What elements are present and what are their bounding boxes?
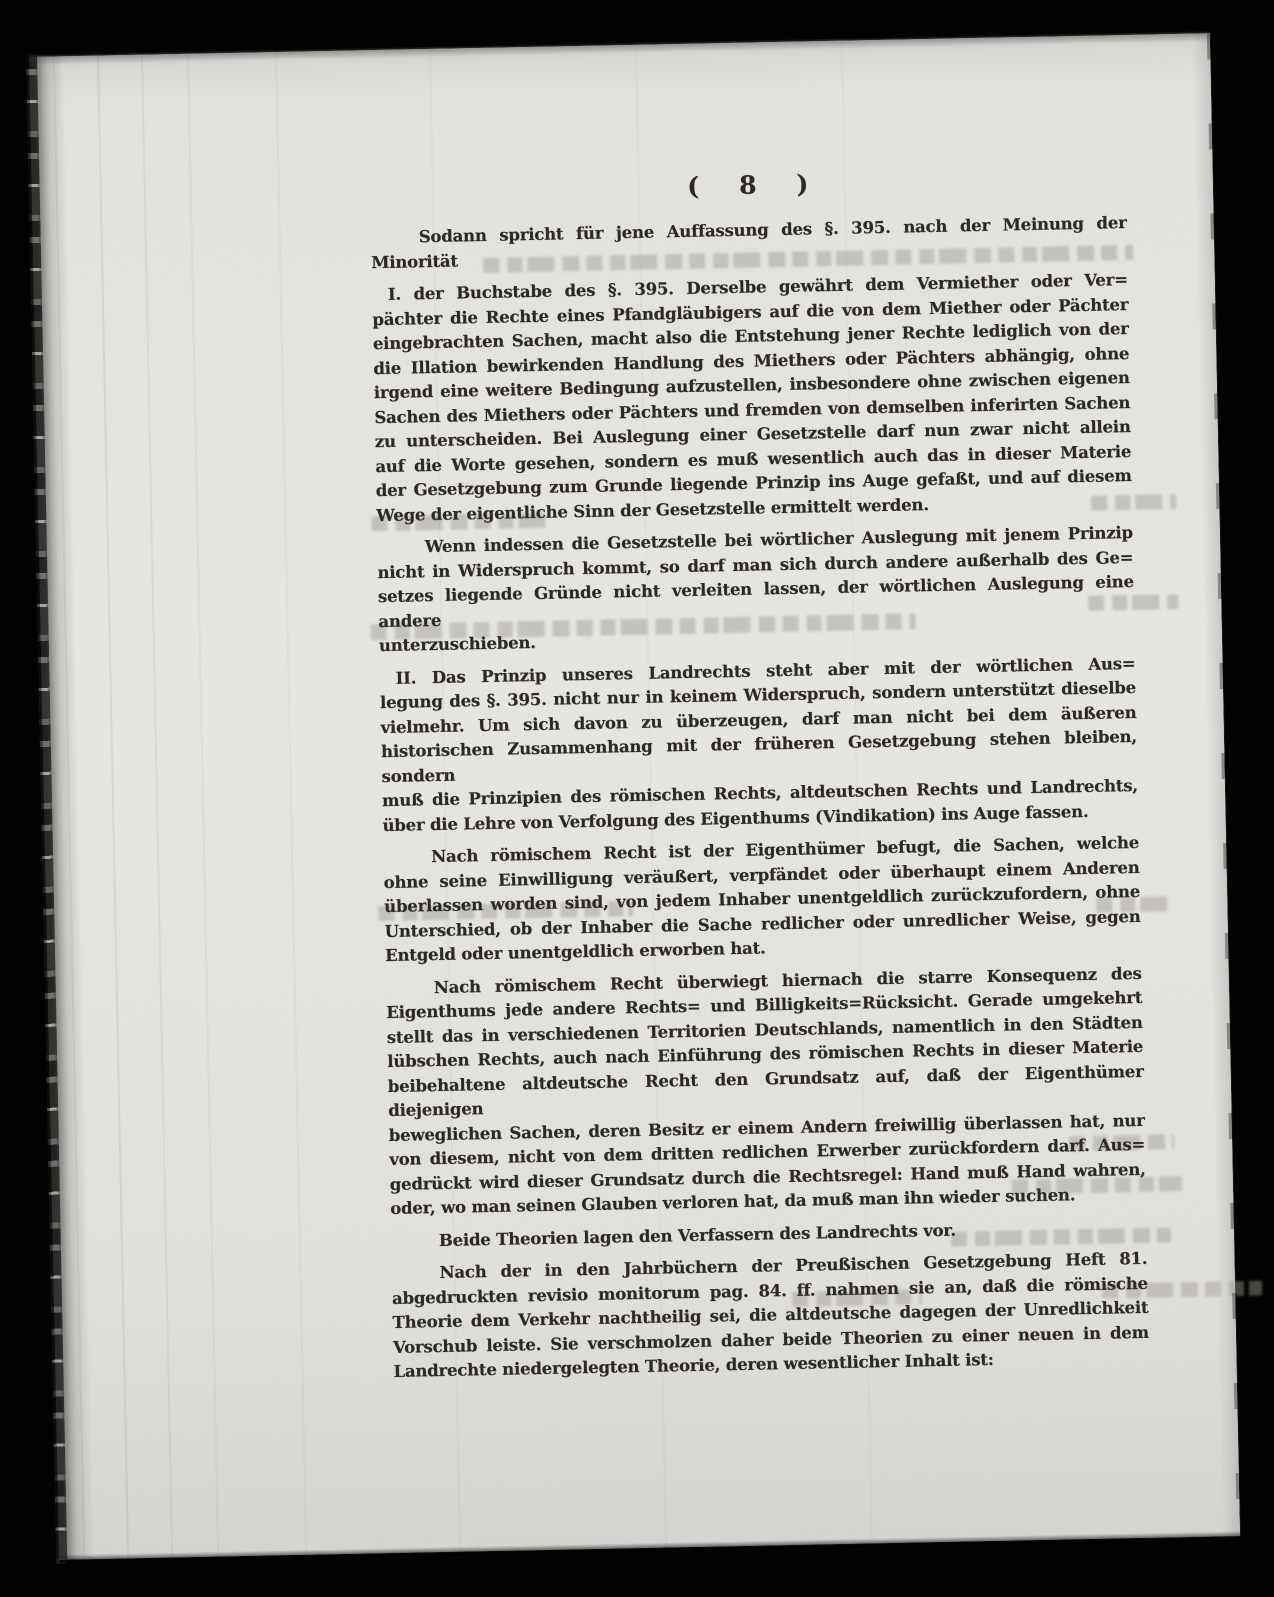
bottom-edge-shadow (59, 1531, 1240, 1563)
scan-line-artifact (97, 56, 129, 1559)
top-edge-shadow (29, 31, 1210, 65)
open-paren: ( (687, 172, 699, 202)
scan-line-artifact (141, 55, 173, 1558)
paragraph: Nach der in den Jahrbüchern der Preußisc… (391, 1247, 1149, 1385)
text-block: ( 8 ) Sodann spricht für jene Auffassung… (370, 163, 1150, 1384)
scanned-page: ( 8 ) Sodann spricht für jene Auffassung… (29, 33, 1240, 1559)
text-line: Beide Theorien lagen den Verfassern des … (391, 1214, 1147, 1254)
right-edge-specks (1207, 33, 1242, 1536)
scan-line-artifact (187, 54, 219, 1557)
paragraph: Nach römischem Recht ist der Eigenthümer… (383, 831, 1141, 969)
paragraph: I. der Buchstabe des §. 395. Derselbe ge… (372, 268, 1133, 528)
scan-background: ( 8 ) Sodann spricht für jene Auffassung… (0, 0, 1274, 1597)
scan-line-artifact (275, 52, 307, 1555)
paragraph: Nach römischem Recht überwiegt hiernach … (386, 961, 1147, 1221)
page-number-header: ( 8 ) (370, 163, 1126, 208)
body-text: Sodann spricht für jene Auffassung des §… (371, 211, 1150, 1384)
close-paren: ) (796, 169, 808, 199)
paragraph: II. Das Prinzip unseres Landrechts steht… (379, 651, 1138, 838)
paragraph: Sodann spricht für jene Auffassung des §… (371, 211, 1128, 275)
paragraph: Beide Theorien lagen den Verfassern des … (391, 1214, 1147, 1254)
page-number: 8 (739, 170, 757, 200)
paragraph: Wenn indessen die Gesetzstelle bei wörtl… (377, 521, 1135, 659)
